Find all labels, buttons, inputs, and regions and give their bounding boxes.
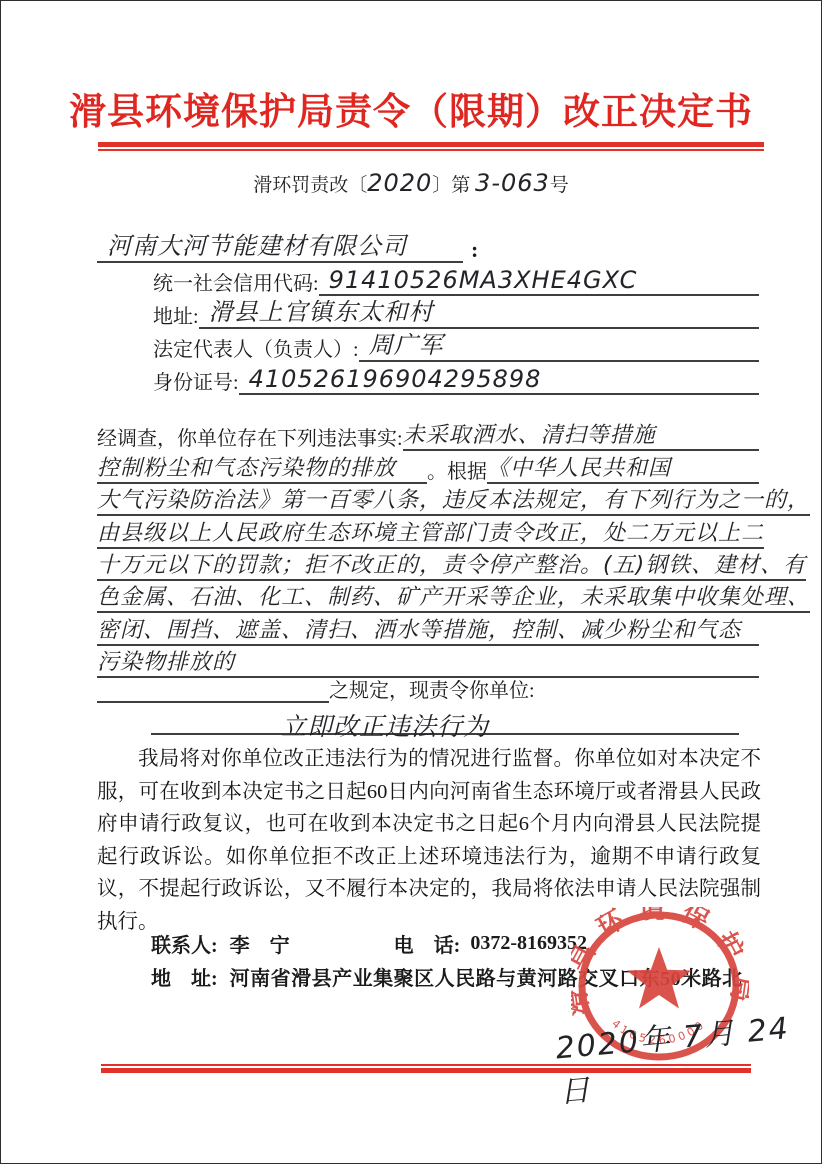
phone-number: 0372-8169352 bbox=[470, 932, 587, 955]
order-handwritten: 立即改正违法行为 bbox=[281, 712, 489, 741]
id-number-label: 身份证号: bbox=[153, 366, 239, 395]
contact-label: 联系人: bbox=[151, 929, 218, 958]
basis-line-underline: 大气污染防治法》第一百零八条，违反本法规定，有下列行为之一的， bbox=[97, 483, 810, 516]
basis-line-row: 色金属、石油、化工、制药、矿产开采等企业，未采取集中收集处理、 bbox=[97, 581, 759, 613]
doc-number-prefix: 滑环罚责改〔 bbox=[253, 175, 367, 196]
basis-last-handwritten: 污染物排放的 bbox=[97, 650, 235, 675]
fact1-underline: 未采取洒水、清扫等措施 bbox=[403, 418, 759, 451]
address-underline: 滑县上官镇东太和村 bbox=[199, 292, 759, 329]
credit-code-value-handwritten: 91410526MA3XHE4GXC bbox=[319, 266, 638, 294]
doc-number-suffix: 号 bbox=[550, 175, 569, 196]
facts-block: 经调查，你单位存在下列违法事实: 未采取洒水、清扫等措施 控制粉尘和气态污染物的… bbox=[97, 419, 759, 678]
footer-red-rule bbox=[101, 1064, 751, 1073]
provision-label: 之规定，现责令你单位: bbox=[329, 674, 535, 703]
fact2-underline: 控制粉尘和气态污染物的排放 bbox=[97, 451, 427, 484]
signature-date-handwritten: 2020年 7月 24日 bbox=[554, 1011, 791, 1110]
company-name-handwritten: 河南大河节能建材有限公司 bbox=[97, 232, 407, 260]
doc-number-year-handwritten: 2020 bbox=[367, 169, 432, 197]
phone-label: 电 话: bbox=[394, 929, 461, 958]
order-row: 立即改正违法行为 bbox=[151, 707, 739, 735]
id-number-row: 身份证号: 410526196904295898 bbox=[97, 362, 759, 395]
basis-line-underline: 密闭、围挡、遮盖、清扫、洒水等措施，控制、减少粉尘和气态 bbox=[97, 613, 759, 646]
basis-line-row: 十万元以下的罚款；拒不改正的，责令停产整治。(五)钢铁、建材、有 bbox=[97, 549, 759, 581]
basis-line-1: 大气污染防治法》第一百零八条，违反本法规定，有下列行为之一的， bbox=[97, 488, 810, 513]
basis-line-underline: 十万元以下的罚款；拒不改正的，责令停产整治。(五)钢铁、建材、有 bbox=[97, 548, 806, 581]
basis-line-5: 密闭、围挡、遮盖、清扫、洒水等措施，控制、减少粉尘和气态 bbox=[97, 618, 741, 643]
basis-line-underline: 由县级以上人民政府生态环境主管部门责令改正，处二万元以上二 bbox=[97, 516, 764, 549]
header-red-rule bbox=[98, 142, 764, 151]
provision-row: 之规定，现责令你单位: bbox=[97, 681, 759, 703]
legal-rep-value-handwritten: 周广军 bbox=[359, 331, 444, 359]
company-row: 河南大河节能建材有限公司 : bbox=[97, 230, 759, 263]
contact-name: 李 宁 bbox=[230, 929, 290, 958]
address-label: 地址: bbox=[153, 300, 199, 329]
facts-intro-row: 经调查，你单位存在下列违法事实: 未采取洒水、清扫等措施 bbox=[97, 419, 759, 451]
legal-rep-underline: 周广军 bbox=[359, 325, 759, 362]
basis-line-row: 由县级以上人民政府生态环境主管部门责令改正，处二万元以上二 bbox=[97, 516, 759, 548]
legal-rep-row: 法定代表人（负责人）: 周广军 bbox=[97, 329, 759, 362]
doc-number-serial-handwritten: 3-063 bbox=[475, 169, 550, 197]
facts-line2-row: 控制粉尘和气态污染物的排放 。根据 《中华人民共和国 bbox=[97, 451, 759, 483]
provision-blank-underline bbox=[97, 701, 329, 703]
basis-line-row: 大气污染防治法》第一百零八条，违反本法规定，有下列行为之一的， bbox=[97, 484, 759, 516]
scanned-decision-document: 滑县环境保护局责令（限期）改正决定书 滑环罚责改〔2020〕第 3-063号 河… bbox=[0, 0, 822, 1164]
basis-line-3: 十万元以下的罚款；拒不改正的，责令停产整治。(五)钢铁、建材、有 bbox=[97, 553, 806, 578]
basis-line-2: 由县级以上人民政府生态环境主管部门责令改正，处二万元以上二 bbox=[97, 521, 764, 546]
recipient-block: 河南大河节能建材有限公司 : 统一社会信用代码: 91410526MA3XHE4… bbox=[97, 230, 759, 395]
company-underline: 河南大河节能建材有限公司 bbox=[97, 226, 463, 263]
fact1-handwritten: 未采取洒水、清扫等措施 bbox=[403, 423, 656, 448]
id-number-value-handwritten: 410526196904295898 bbox=[239, 365, 542, 393]
document-number: 滑环罚责改〔2020〕第 3-063号 bbox=[1, 169, 821, 197]
facts-intro-label: 经调查，你单位存在下列违法事实: bbox=[97, 422, 403, 451]
fact2-handwritten: 控制粉尘和气态污染物的排放 bbox=[97, 456, 396, 481]
basis-line-underline: 色金属、石油、化工、制药、矿产开采等企业，未采取集中收集处理、 bbox=[97, 580, 810, 613]
basis-start-underline: 《中华人民共和国 bbox=[487, 451, 759, 484]
office-address-label: 地 址: bbox=[151, 962, 218, 991]
company-colon: : bbox=[463, 237, 478, 263]
legal-rep-label: 法定代表人（负责人）: bbox=[153, 333, 359, 362]
basis-connector: 。根据 bbox=[427, 455, 487, 484]
seal-star-icon bbox=[627, 947, 692, 1009]
basis-start-handwritten: 《中华人民共和国 bbox=[487, 456, 671, 481]
doc-number-mid: 〕第 bbox=[432, 175, 470, 196]
address-value-handwritten: 滑县上官镇东太和村 bbox=[199, 298, 434, 326]
basis-line-row: 密闭、围挡、遮盖、清扫、洒水等措施，控制、减少粉尘和气态 bbox=[97, 613, 759, 645]
document-title: 滑县环境保护局责令（限期）改正决定书 bbox=[1, 81, 821, 135]
basis-line-4: 色金属、石油、化工、制药、矿产开采等企业，未采取集中收集处理、 bbox=[97, 585, 810, 610]
id-number-underline: 410526196904295898 bbox=[239, 365, 759, 395]
